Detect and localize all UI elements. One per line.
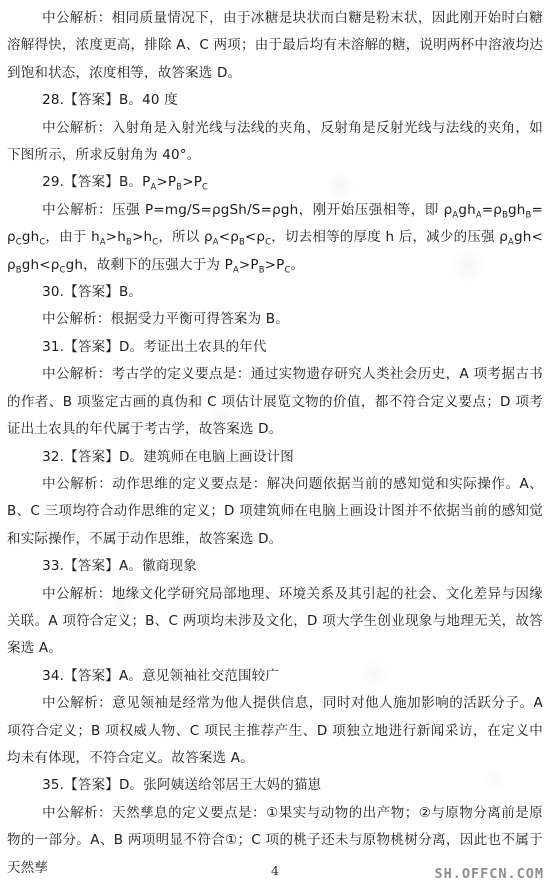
q34-analysis-paragraph: 中公解析：意见领袖是经常为他人提供信息，同时对他人施加影响的活跃分子。A 项符合… <box>7 690 543 772</box>
q30-analysis-paragraph: 中公解析：根据受力平衡可得答案为 B。 <box>7 306 543 333</box>
page-footer: 4 SH.OFFCN.COM <box>0 856 550 886</box>
q31-analysis-paragraph: 中公解析：考古学的定义要点是：通过实物遗存研究人类社会历史，A 项考据古书的作者… <box>7 361 543 443</box>
q35-answer-line: 35.【答案】D。张阿姨送给邻居王大妈的猫崽 <box>7 772 543 799</box>
offcn-watermark: SH.OFFCN.COM <box>434 866 544 882</box>
q31-answer-line: 31.【答案】D。考证出土农具的年代 <box>7 334 543 361</box>
q29-analysis-paragraph: 中公解析：压强 P=mg/S=ρgSh/S=ρgh，刚开始压强相等，即 ρAgh… <box>7 197 543 279</box>
q28-analysis-paragraph: 中公解析：入射角是入射光线与法线的夹角，反射角是反射光线与法线的夹角，如下图所示… <box>7 115 543 170</box>
q32-analysis-paragraph: 中公解析：动作思维的定义要点是：解决问题依据当前的感知觉和实际操作。A、B、C … <box>7 471 543 553</box>
q30-answer-line: 30.【答案】B。 <box>7 279 543 306</box>
document-page: 中公解析：相同质量情况下，由于冰糖是块状而白糖是粉末状，因此刚开始时白糖溶解得快… <box>7 5 543 882</box>
q27-analysis-paragraph: 中公解析：相同质量情况下，由于冰糖是块状而白糖是粉末状，因此刚开始时白糖溶解得快… <box>7 5 543 87</box>
q33-answer-line: 33.【答案】A。徽商现象 <box>7 553 543 580</box>
q34-answer-line: 34.【答案】A。意见领袖社交范围较广 <box>7 663 543 690</box>
q28-answer-line: 28.【答案】B。40 度 <box>7 87 543 114</box>
q29-answer-line: 29.【答案】B。PA>PB>PC <box>7 169 543 196</box>
q33-analysis-paragraph: 中公解析：地缘文化学研究局部地理、环境关系及其引起的社会、文化差异与因缘关联。A… <box>7 581 543 663</box>
q32-answer-line: 32.【答案】D。建筑师在电脑上画设计图 <box>7 444 543 471</box>
